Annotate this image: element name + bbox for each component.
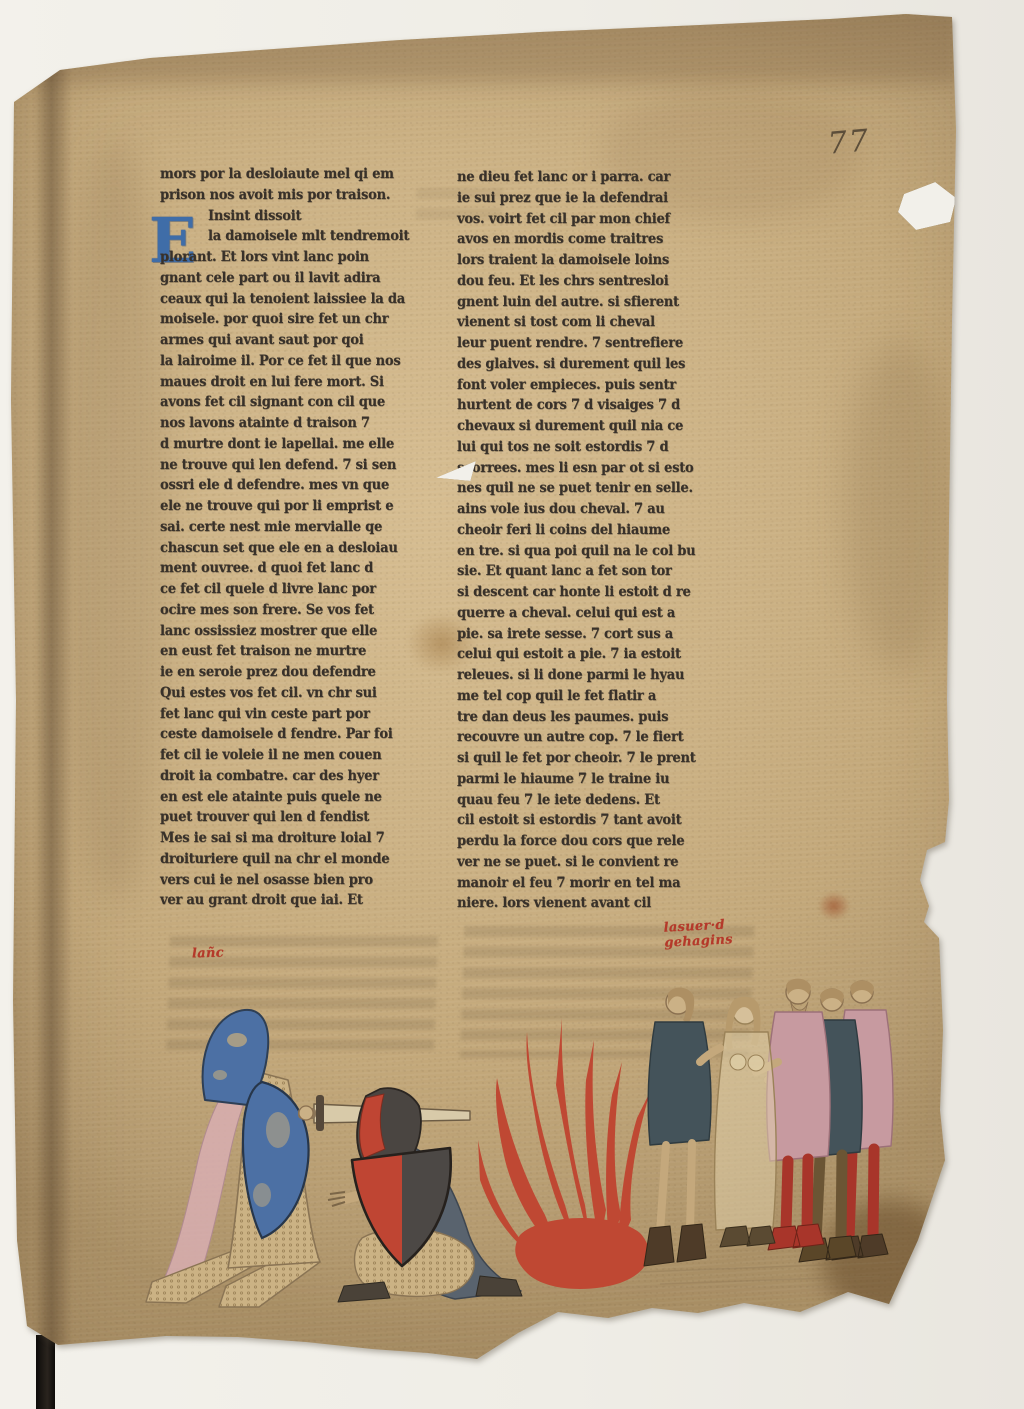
kneeling-arm xyxy=(345,1180,418,1199)
text-line: niere. lors vienent avant cil xyxy=(457,894,749,916)
text-line: si quil le fet por cheoir. 7 le prent xyxy=(457,749,749,771)
text-line: d murtre dont ie lapellai. me elle xyxy=(160,434,452,456)
kneeling-shoe xyxy=(476,1276,522,1296)
text-line: la lairoime il. Por ce fet il que nos xyxy=(160,351,452,373)
knight-helm xyxy=(203,1010,269,1105)
text-column-right: ne dieu fet lanc or i parra. carie sui p… xyxy=(457,168,749,915)
text-line: chascun set que ele en a desloiau xyxy=(160,538,452,560)
text-line: font voler empieces. puis sentr xyxy=(457,375,749,397)
ground-hatching xyxy=(640,1262,900,1284)
text-line: Insint dissoit xyxy=(160,206,452,228)
knight-hauberk xyxy=(228,1072,320,1268)
text-line: droituriere quil na chr el monde xyxy=(160,849,452,871)
kneeling-body-surcoat xyxy=(398,1148,521,1299)
text-line: la damoisele mlt tendremoit xyxy=(160,227,452,249)
sword-blade xyxy=(314,1104,470,1123)
text-line: vers cui ie nel osasse bien pro xyxy=(160,870,452,892)
text-line: gnent luin del autre. si sfierent xyxy=(457,292,749,314)
text-line: ne trouve qui len defend. 7 si sen xyxy=(160,455,452,477)
text-line: sai. certe nest mie mervialle qe xyxy=(160,517,452,539)
flame-tongue xyxy=(496,1078,560,1252)
text-line: leur puent rendre. 7 sentrefiere xyxy=(457,334,749,356)
helm-mottling xyxy=(227,1033,247,1047)
text-line: ains vole ius dou cheval. 7 au xyxy=(457,500,749,522)
text-line: releues. si li done parmi le hyau xyxy=(457,666,749,688)
text-line: perdu la force dou cors que rele xyxy=(457,832,749,854)
text-line: vos. voirt fet cil par mon chief xyxy=(457,209,749,231)
sword-crossguard xyxy=(316,1095,324,1131)
kneeling-shoe xyxy=(338,1282,390,1302)
rubric-line: gehagins xyxy=(664,932,733,951)
kneeling-hand xyxy=(328,1192,345,1206)
rubric-caption-sister: lasuer·d gehagins xyxy=(663,917,733,951)
text-line: prison nos avoit mis por traison. xyxy=(160,185,452,207)
text-line: ossri ele d defendre. mes vn que xyxy=(160,476,452,498)
kneeling-hood-red xyxy=(360,1094,385,1158)
text-line: ie en seroie prez dou defendre xyxy=(160,663,452,685)
rubric-caption-lancelot: lañc xyxy=(192,945,224,961)
text-line: fet lanc qui vin ceste part por xyxy=(160,704,452,726)
text-line: lanc ossissiez mostrer que elle xyxy=(160,621,452,643)
text-line: en tre. si qua poi quil na le col bu xyxy=(457,541,749,563)
text-line: ceste damoisele d fendre. Par foi xyxy=(160,725,452,747)
text-line: moisele. por quoi sire fet un chr xyxy=(160,310,452,332)
flame-tongue xyxy=(618,1092,650,1250)
text-line: querre a cheval. celui qui est a xyxy=(457,603,749,625)
text-line: nos lavons atainte d traison 7 xyxy=(160,414,452,436)
text-line: vienent si tost com li cheval xyxy=(457,313,749,335)
text-line: ele ne trouve qui por li emprist e xyxy=(160,497,452,519)
shield-mottling xyxy=(266,1112,290,1148)
onlooker-pink-bearded xyxy=(756,979,830,1250)
text-line: ie sui prez que ie la defendrai xyxy=(457,188,749,210)
text-line: chevaux si durement quil nia ce xyxy=(457,417,749,439)
text-line: ver au grant droit que iai. Et xyxy=(160,891,452,913)
scanned-manuscript-photo: { "page": { "folio_number": "77", "initi… xyxy=(0,0,1024,1409)
kneeling-shield-outline xyxy=(352,1148,451,1266)
knight-kneeling-figure xyxy=(328,1088,522,1302)
text-line: Qui estes vos fet cil. vn chr sui xyxy=(160,683,452,705)
text-line: pie. sa irete sesse. 7 cort sus a xyxy=(457,624,749,646)
text-line: puet trouver qui len d fendist xyxy=(160,808,452,830)
flame-base xyxy=(515,1218,649,1289)
fire-flames xyxy=(478,1018,650,1289)
helm-mottling xyxy=(213,1070,227,1080)
text-line: maues droit en lui fere mort. Si xyxy=(160,372,452,394)
stain xyxy=(0,8,960,83)
text-line: nes quil ne se puet tenir en selle. xyxy=(457,479,749,501)
text-line: ver ne se puet. si le convient re xyxy=(457,852,749,874)
text-line: armes qui avant saut por qoi xyxy=(160,331,452,353)
sword-grip xyxy=(298,1108,316,1119)
parchment-hole xyxy=(898,182,958,232)
parchment-wrapper: 77 E mors por la desloiaute mel qi empri… xyxy=(0,0,1024,1409)
text-line: recouvre un autre cop. 7 le fiert xyxy=(457,728,749,750)
text-line: tre dan deus les paumes. puis xyxy=(457,707,749,729)
text-line: Mes ie sai si ma droiture loial 7 xyxy=(160,829,452,851)
folio-number: 77 xyxy=(827,126,872,160)
text-line: hurtent de cors 7 d visaiges 7 d xyxy=(457,396,749,418)
text-line: sie. Et quant lanc a fet son tor xyxy=(457,562,749,584)
text-line: ment ouvree. d quoi fet lanc d xyxy=(160,559,452,581)
text-line: celui qui estoit a pie. 7 ia estoit xyxy=(457,645,749,667)
knight-shield xyxy=(243,1082,309,1238)
flame-tongue xyxy=(478,1140,545,1262)
text-line: ce fet cil quele d livre lanc por xyxy=(160,580,452,602)
text-line: gnant cele part ou il lavit adira xyxy=(160,268,452,290)
parchment-page: 77 E mors por la desloiaute mel qi empri… xyxy=(0,0,1024,1409)
stain xyxy=(818,892,850,920)
onlookers-group xyxy=(640,979,900,1284)
knight-hand xyxy=(299,1106,313,1120)
text-line: lui qui tos ne soit estordis 7 d xyxy=(457,437,749,459)
text-line: parmi le hiaume 7 le traine iu xyxy=(457,769,749,791)
flame-tongue xyxy=(585,1040,606,1245)
text-line: lors traient la damoisele loins xyxy=(457,251,749,273)
kneeling-shield-dark-half xyxy=(402,1148,451,1266)
text-line: en est ele atainte puis quele ne xyxy=(160,787,452,809)
text-line: scorrees. mes li esn par ot si esto xyxy=(457,458,749,480)
kneeling-leg-mail xyxy=(355,1228,475,1296)
onlooker-pink-right xyxy=(802,981,893,1261)
text-line: quau feu 7 le iete dedens. Et xyxy=(457,790,749,812)
flame-tongue xyxy=(526,1032,575,1240)
text-line: cil estoit si estordis 7 tant avoit xyxy=(457,811,749,833)
knight-cloak xyxy=(158,1062,264,1297)
hole-backing-paper xyxy=(898,182,958,232)
gutter-fold-shadow xyxy=(36,60,70,1345)
text-line: en eust fet traison ne murtre xyxy=(160,642,452,664)
text-line: droit ia combatre. car des hyer xyxy=(160,766,452,788)
kneeling-hood-dark xyxy=(357,1088,421,1170)
knight-leg xyxy=(219,1250,320,1307)
damsel-figure xyxy=(715,997,777,1247)
text-line: ocire mes son frere. Se vos fet xyxy=(160,600,452,622)
knight-leg xyxy=(146,1245,264,1303)
text-line: ceaux qui la tenoient laissiee la da xyxy=(160,289,452,311)
onlooker-teal-right xyxy=(768,989,862,1263)
text-line: fet cil ie voleie il ne men couen xyxy=(160,746,452,768)
stain xyxy=(845,340,955,670)
text-line: cheoir feri li coins del hiaume xyxy=(457,520,749,542)
text-line: avons fet cil signant con cil que xyxy=(160,393,452,415)
text-line: manoir el feu 7 morir en tel ma xyxy=(457,873,749,895)
text-line: avos en mordis come traitres xyxy=(457,230,749,252)
text-line: ne dieu fet lanc or i parra. car xyxy=(457,168,749,190)
text-line: dou feu. Et les chrs sentresloi xyxy=(457,271,749,293)
text-column-left: mors por la desloiaute mel qi emprison n… xyxy=(160,165,452,912)
flame-tongue xyxy=(556,1018,590,1240)
stain xyxy=(822,1200,957,1320)
flame-tongue xyxy=(606,1062,622,1248)
hole-torn-edge xyxy=(895,179,961,235)
text-line: des glaives. si durement quil les xyxy=(457,354,749,376)
kneeling-shield-red-half xyxy=(352,1154,402,1266)
text-line: mors por la desloiaute mel qi em xyxy=(160,165,452,187)
shield-mottling xyxy=(253,1183,271,1207)
text-line: me tel cop quil le fet flatir a xyxy=(457,686,749,708)
text-line: plorant. Et lors vint lanc poin xyxy=(160,248,452,270)
onlooker-teal-left xyxy=(644,988,720,1266)
knight-standing-figure xyxy=(146,1010,470,1307)
text-line: si descent car honte li estoit d re xyxy=(457,583,749,605)
